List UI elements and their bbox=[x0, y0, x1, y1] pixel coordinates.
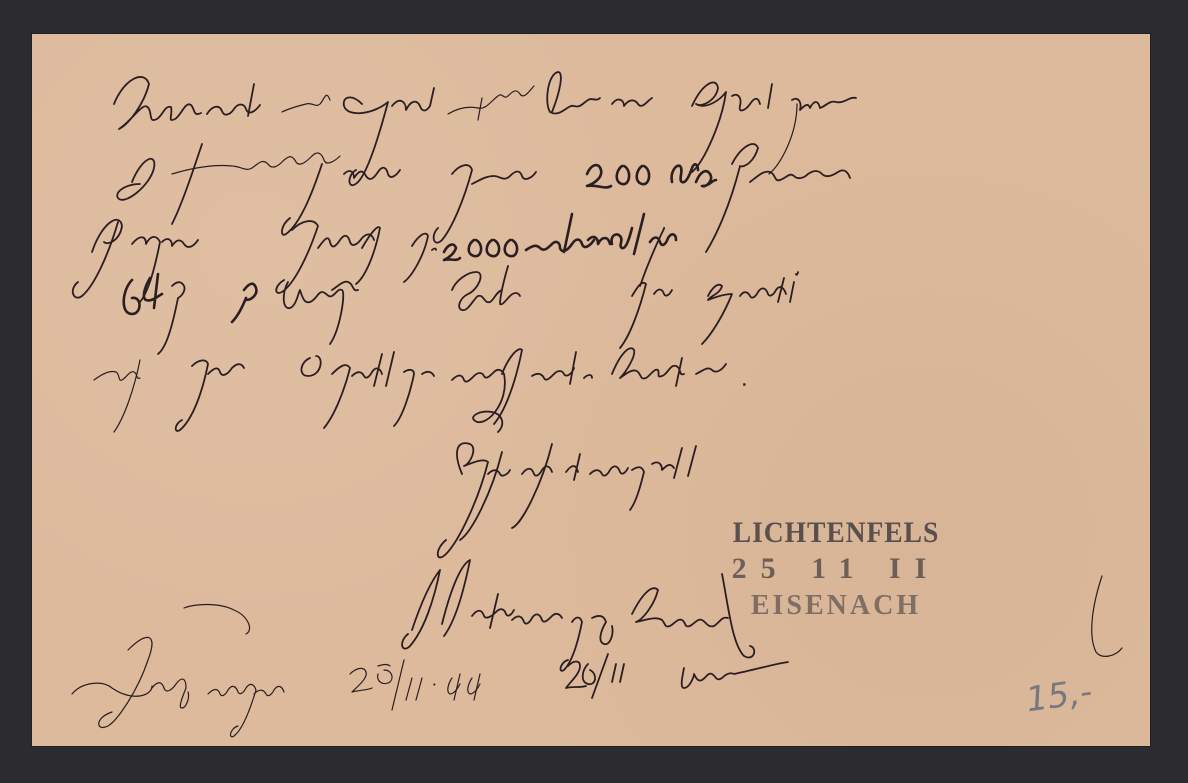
postmark-line-1: LICHTENFELS bbox=[726, 518, 947, 548]
handwriting-line-2 bbox=[117, 144, 850, 252]
railway-postmark: LICHTENFELS 25 11 II EISENACH bbox=[716, 518, 956, 620]
handwriting-received-note bbox=[566, 654, 788, 698]
handwriting-line-5 bbox=[94, 348, 745, 432]
handwriting-line-3 bbox=[73, 214, 676, 302]
handwriting-line-4 bbox=[124, 228, 798, 354]
handwriting-closing bbox=[438, 443, 696, 557]
postmark-line-3: EISENACH bbox=[716, 592, 956, 620]
handwriting-line-1 bbox=[114, 72, 856, 185]
handwriting-ink bbox=[32, 34, 1150, 746]
postcard: Antwortlich Ihres werthen Geehrten Schre… bbox=[32, 34, 1150, 746]
postmark-line-2: 25 11 II bbox=[716, 554, 956, 584]
handwriting-place-date bbox=[72, 605, 480, 737]
